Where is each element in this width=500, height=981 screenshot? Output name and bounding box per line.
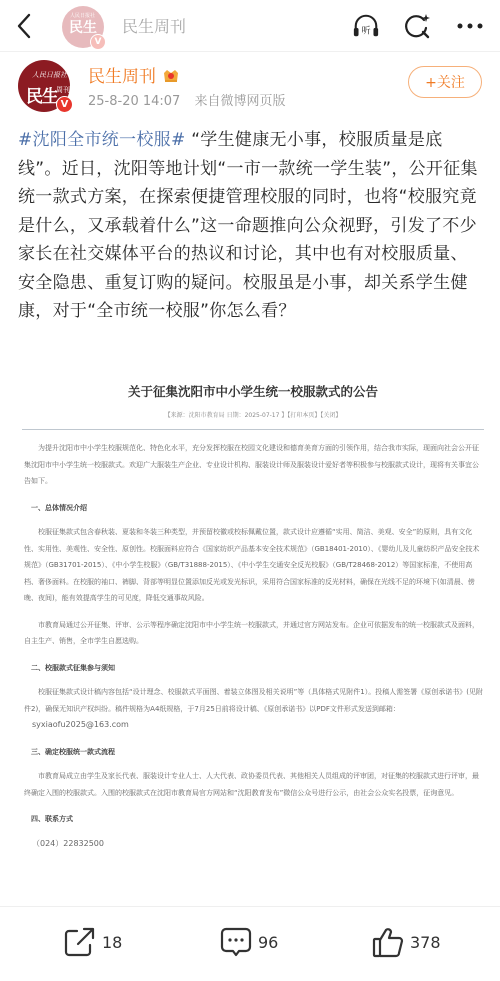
- doc-email: syxiaofu2025@163.com: [24, 717, 484, 734]
- more-button[interactable]: [456, 12, 484, 40]
- top-nav-bar: 人民日报社 民生 V 民生周刊 听: [0, 0, 500, 52]
- listen-button[interactable]: 听: [352, 12, 380, 40]
- comment-count: 96: [258, 933, 278, 952]
- author-header: 人民日报社 民生 周刊 V 民生周刊 25-8-20 14:07 来自微博网页版…: [0, 56, 500, 120]
- post-timestamp: 25-8-20 14:07: [88, 94, 180, 109]
- back-icon: [16, 13, 32, 39]
- action-bar: 18 96 378: [0, 918, 500, 966]
- author-name[interactable]: 民生周刊: [88, 62, 180, 87]
- share-icon: [64, 927, 96, 957]
- doc-paragraph: 校服征集款式设计稿内容包括“设计理念、校服款式平面图、着装立体图及相关说明”等（…: [24, 684, 484, 717]
- doc-section-heading: 二、校服款式征集参与须知: [24, 660, 484, 677]
- doc-paragraph: 校服征集款式包含春秋装、夏装和冬装三种类型，并预留校徽或校标佩戴位置，款式设计应…: [24, 524, 484, 607]
- svg-text:听: 听: [361, 24, 370, 36]
- verified-badge-icon: V: [90, 34, 106, 50]
- divider: [0, 906, 500, 907]
- comment-button[interactable]: 96: [220, 918, 278, 966]
- nav-avatar[interactable]: 人民日报社 民生 V: [62, 6, 104, 48]
- search-button[interactable]: [404, 12, 432, 40]
- avatar-side-text: 周刊: [56, 86, 70, 94]
- nav-avatar-text: 民生: [69, 17, 97, 37]
- repost-count: 18: [102, 933, 122, 952]
- post-body-text: “学生健康无小事，校服质量是底线”。近日，沈阳等地计划“一市一款统一学生装”，公…: [18, 130, 478, 321]
- post-meta: 25-8-20 14:07 来自微博网页版: [88, 90, 286, 109]
- verified-badge-icon: V: [56, 96, 73, 113]
- listen-icon: 听: [352, 12, 380, 40]
- back-button[interactable]: [12, 12, 36, 40]
- repost-button[interactable]: 18: [64, 918, 122, 966]
- like-button[interactable]: 378: [372, 918, 441, 966]
- more-icon: [457, 22, 483, 30]
- doc-phone: （024）22832500: [24, 836, 484, 853]
- avatar-main-text: 民生: [26, 82, 58, 107]
- post-source: 来自微博网页版: [194, 94, 285, 109]
- doc-paragraph: 市教育局通过公开征集、评审、公示等程序确定沈阳市中小学生统一校服款式，并通过官方…: [24, 617, 484, 650]
- author-avatar[interactable]: 人民日报社 民生 周刊 V: [18, 60, 70, 112]
- thumbs-up-icon: [372, 926, 404, 958]
- doc-section-heading: 四、联系方式: [24, 811, 484, 828]
- crown-icon: [162, 66, 180, 84]
- hashtag-link[interactable]: #沈阳全市统一校服#: [18, 130, 186, 150]
- doc-body: 为提升沈阳市中小学生校服规范化、特色化水平，充分发挥校服在校园文化建设和德育美育…: [22, 430, 484, 852]
- doc-section-heading: 一、总体情况介绍: [24, 500, 484, 517]
- avatar-tagline: 人民日报社: [32, 70, 67, 80]
- comment-icon: [220, 927, 252, 957]
- doc-subinfo: 【来源：沈阳市教育局 日期：2025-07-17 】【打印本页】【关闭】: [22, 410, 484, 419]
- post-image-announcement[interactable]: 关于征集沈阳市中小学生统一校服款式的公告 【来源：沈阳市教育局 日期：2025-…: [22, 372, 484, 904]
- doc-title: 关于征集沈阳市中小学生统一校服款式的公告: [22, 382, 484, 400]
- post-body: #沈阳全市统一校服# “学生健康无小事，校服质量是底线”。近日，沈阳等地计划“一…: [18, 126, 484, 326]
- doc-section-heading: 三、确定校服统一款式流程: [24, 744, 484, 761]
- like-count: 378: [410, 933, 441, 952]
- nav-title[interactable]: 民生周刊: [122, 14, 186, 37]
- follow-button[interactable]: +关注: [408, 66, 482, 98]
- doc-intro: 为提升沈阳市中小学生校服规范化、特色化水平，充分发挥校服在校园文化建设和德育美育…: [24, 440, 484, 490]
- doc-paragraph: 市教育局成立由学生及家长代表、服装设计专业人士、人大代表、政协委员代表、其他相关…: [24, 768, 484, 801]
- search-icon: [404, 12, 432, 40]
- nav-avatar-tagline: 人民日报社: [70, 12, 95, 19]
- author-name-text: 民生周刊: [88, 62, 156, 87]
